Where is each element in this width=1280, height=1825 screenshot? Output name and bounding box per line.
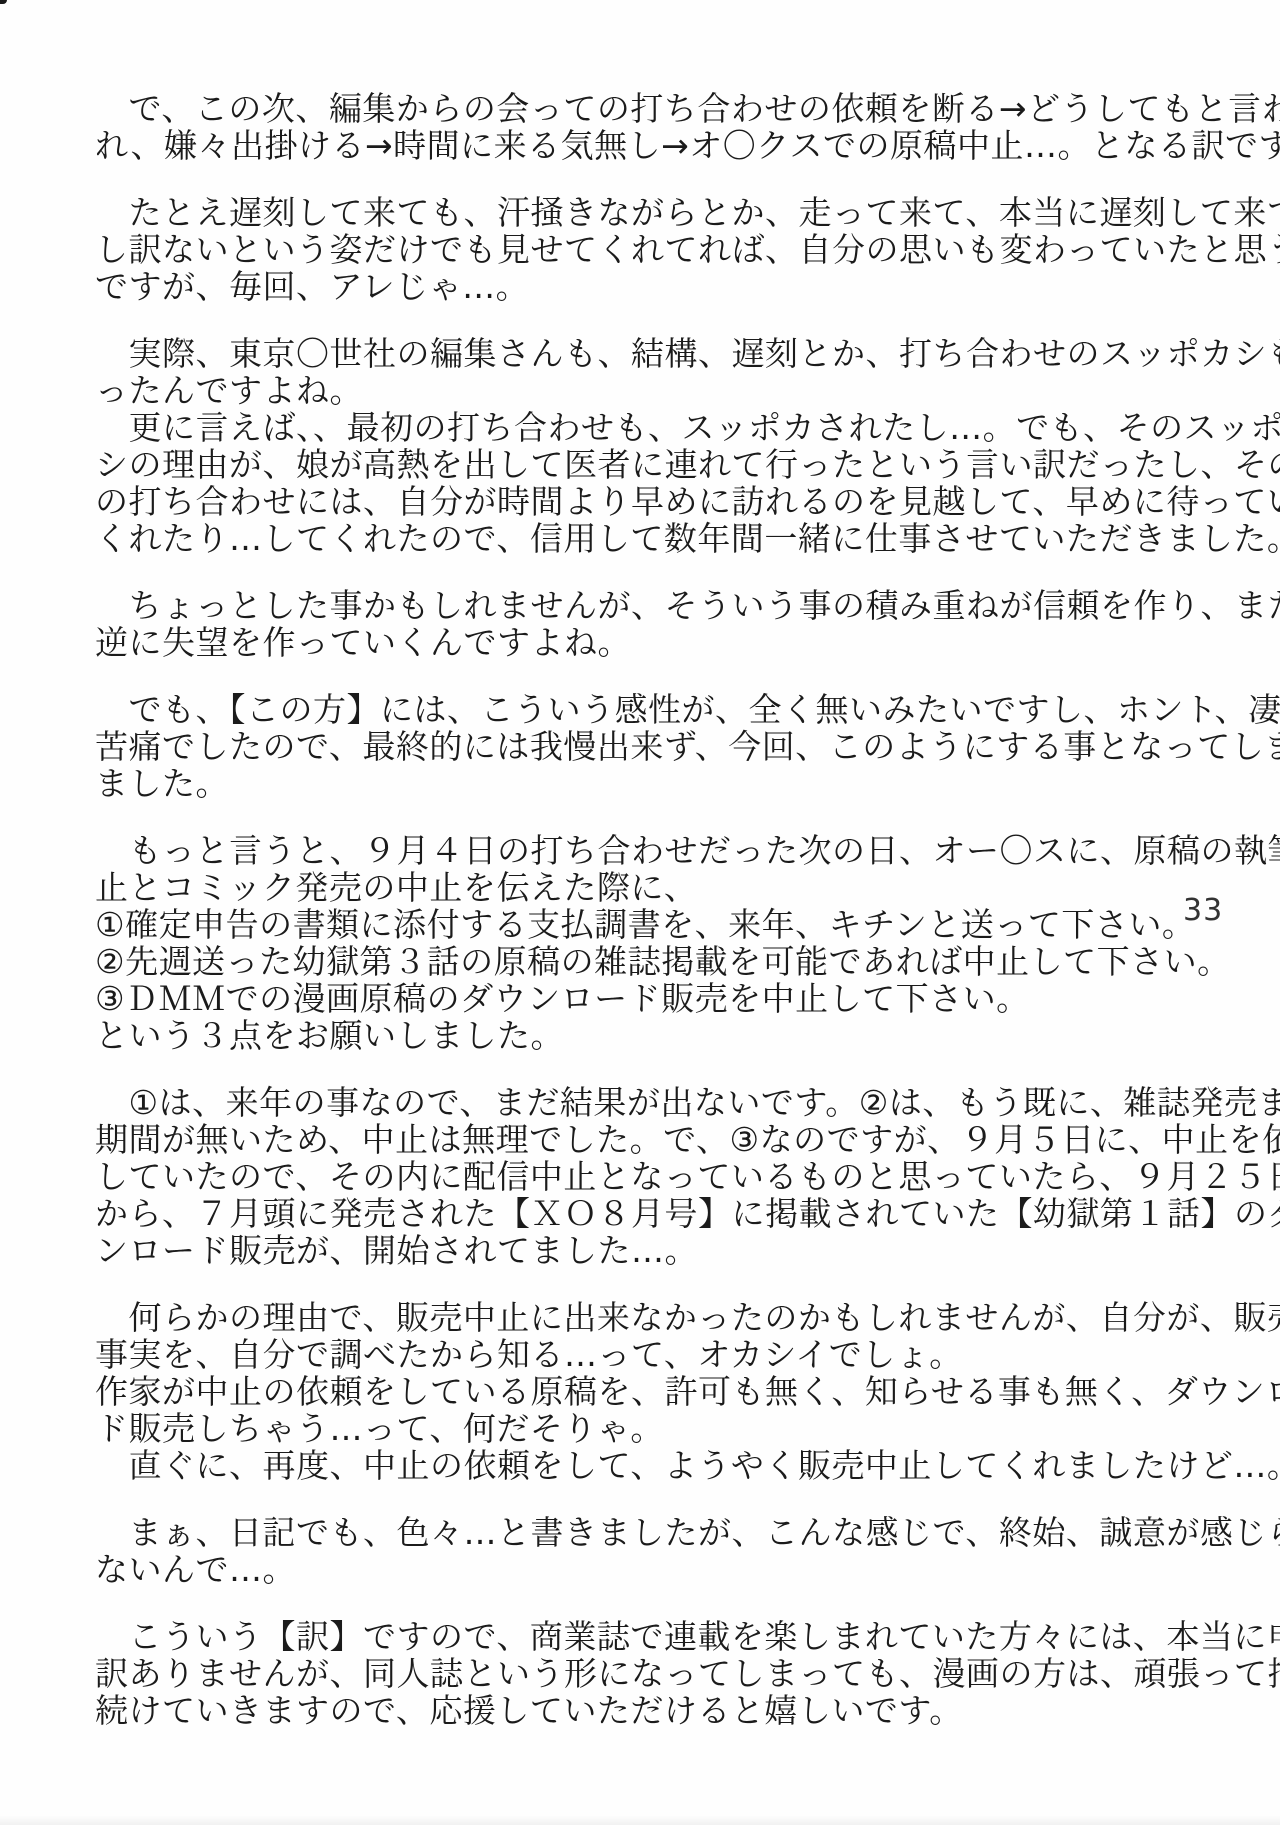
text-line: していたので、その内に配信中止となっているものと思っていたら、９月２５日頃 xyxy=(95,1158,1170,1195)
text-line: 作家が中止の依頼をしている原稿を、許可も無く、知らせる事も無く、ダウンロー xyxy=(95,1373,1170,1410)
text-line: シの理由が、娘が高熱を出して医者に連れて行ったという言い訳だったし、その後 xyxy=(95,446,1170,483)
paragraph: ちょっとした事かもしれませんが、そういう事の積み重ねが信頼を作り、また、逆に失望… xyxy=(95,587,1170,661)
text-line: 逆に失望を作っていくんですよね。 xyxy=(95,624,1170,661)
text-line: たとえ遅刻して来ても、汗掻きながらとか、走って来て、本当に遅刻して来て申 xyxy=(95,194,1170,231)
paragraph: 何らかの理由で、販売中止に出来なかったのかもしれませんが、自分が、販売の事実を、… xyxy=(95,1299,1170,1373)
scan-bottom-edge-artifact xyxy=(0,1815,1280,1825)
text-line: ですが、毎回、アレじゃ…。 xyxy=(95,268,1170,305)
paragraph: まぁ、日記でも、色々…と書きましたが、こんな感じで、終始、誠意が感じられないんで… xyxy=(95,1514,1170,1588)
paragraph: で、この次、編集からの会っての打ち合わせの依頼を断る→どうしてもと言われ、嫌々出… xyxy=(95,90,1170,164)
text-line: ①は、来年の事なので、まだ結果が出ないです。②は、もう既に、雑誌発売まで、 xyxy=(95,1084,1170,1121)
text-line: 実際、東京〇世社の編集さんも、結構、遅刻とか、打ち合わせのスッポカシも有 xyxy=(95,335,1170,372)
paragraph: 作家が中止の依頼をしている原稿を、許可も無く、知らせる事も無く、ダウンロード販売… xyxy=(95,1373,1170,1447)
text-line: で、この次、編集からの会っての打ち合わせの依頼を断る→どうしてもと言わ xyxy=(95,90,1170,127)
text-line: 期間が無いため、中止は無理でした。で、③なのですが、９月５日に、中止を依頼 xyxy=(95,1121,1170,1158)
paragraph: 実際、東京〇世社の編集さんも、結構、遅刻とか、打ち合わせのスッポカシも有ったんで… xyxy=(95,335,1170,409)
text-line: ド販売しちゃう…って、何だそりゃ。 xyxy=(95,1410,1170,1447)
text-block: で、この次、編集からの会っての打ち合わせの依頼を断る→どうしてもと言われ、嫌々出… xyxy=(95,90,1170,1729)
text-line: し訳ないという姿だけでも見せてくれてれば、自分の思いも変わっていたと思うの xyxy=(95,231,1170,268)
paragraph: 直ぐに、再度、中止の依頼をして、ようやく販売中止してくれましたけど…。 xyxy=(95,1447,1170,1484)
paragraph: 更に言えば、、最初の打ち合わせも、スッポカされたし…。でも、そのスッポカシの理由… xyxy=(95,409,1170,557)
text-line: ちょっとした事かもしれませんが、そういう事の積み重ねが信頼を作り、また、 xyxy=(95,587,1170,624)
text-line: こういう【訳】ですので、商業誌で連載を楽しまれていた方々には、本当に申し xyxy=(95,1618,1170,1655)
text-line: 更に言えば、、最初の打ち合わせも、スッポカされたし…。でも、そのスッポカ xyxy=(95,409,1170,446)
text-line: 続けていきますので、応援していただけると嬉しいです。 xyxy=(95,1692,1170,1729)
text-line: ンロード販売が、開始されてました…。 xyxy=(95,1232,1170,1269)
text-line: 直ぐに、再度、中止の依頼をして、ようやく販売中止してくれましたけど…。 xyxy=(95,1447,1170,1484)
text-line: ました。 xyxy=(95,765,1170,802)
text-line: くれたり…してくれたので、信用して数年間一緒に仕事させていただきました。 xyxy=(95,520,1170,557)
paragraph: もっと言うと、９月４日の打ち合わせだった次の日、オー〇スに、原稿の執筆中止とコミ… xyxy=(95,832,1170,1054)
text-line: の打ち合わせには、自分が時間より早めに訪れるのを見越して、早めに待っていて xyxy=(95,483,1170,520)
text-line: という３点をお願いしました。 xyxy=(95,1017,1170,1054)
page-number: 33 xyxy=(1183,893,1223,928)
scanned-page: で、この次、編集からの会っての打ち合わせの依頼を断る→どうしてもと言われ、嫌々出… xyxy=(0,0,1280,1825)
text-line: ないんで…。 xyxy=(95,1551,1170,1588)
scan-corner-artifact xyxy=(0,0,7,4)
paragraph: ①は、来年の事なので、まだ結果が出ないです。②は、もう既に、雑誌発売まで、期間が… xyxy=(95,1084,1170,1269)
text-line: から、７月頭に発売された【ＸＯ８月号】に掲載されていた【幼獄第１話】のダウ xyxy=(95,1195,1170,1232)
paragraph: たとえ遅刻して来ても、汗掻きながらとか、走って来て、本当に遅刻して来て申し訳ない… xyxy=(95,194,1170,305)
text-line: 止とコミック発売の中止を伝えた際に、 xyxy=(95,869,1170,906)
text-line: でも、【この方】には、こういう感性が、全く無いみたいですし、ホント、凄く xyxy=(95,691,1170,728)
text-line: ったんですよね。 xyxy=(95,372,1170,409)
text-line: 訳ありませんが、同人誌という形になってしまっても、漫画の方は、頑張って描き xyxy=(95,1655,1170,1692)
text-line: ②先週送った幼獄第３話の原稿の雑誌掲載を可能であれば中止して下さい。 xyxy=(95,943,1170,980)
text-line: れ、嫌々出掛ける→時間に来る気無し→オ〇クスでの原稿中止…。となる訳です。 xyxy=(95,127,1170,164)
text-line: まぁ、日記でも、色々…と書きましたが、こんな感じで、終始、誠意が感じられ xyxy=(95,1514,1170,1551)
text-line: ③ＤＭＭでの漫画原稿のダウンロード販売を中止して下さい。 xyxy=(95,980,1170,1017)
text-line: 事実を、自分で調べたから知る…って、オカシイでしょ。 xyxy=(95,1336,1170,1373)
paragraph: こういう【訳】ですので、商業誌で連載を楽しまれていた方々には、本当に申し訳ありま… xyxy=(95,1618,1170,1729)
text-line: ①確定申告の書類に添付する支払調書を、来年、キチンと送って下さい。 xyxy=(95,906,1170,943)
paragraph: でも、【この方】には、こういう感性が、全く無いみたいですし、ホント、凄く苦痛でし… xyxy=(95,691,1170,802)
text-line: 苦痛でしたので、最終的には我慢出来ず、今回、このようにする事となってしまい xyxy=(95,728,1170,765)
text-line: もっと言うと、９月４日の打ち合わせだった次の日、オー〇スに、原稿の執筆中 xyxy=(95,832,1170,869)
text-line: 何らかの理由で、販売中止に出来なかったのかもしれませんが、自分が、販売の xyxy=(95,1299,1170,1336)
